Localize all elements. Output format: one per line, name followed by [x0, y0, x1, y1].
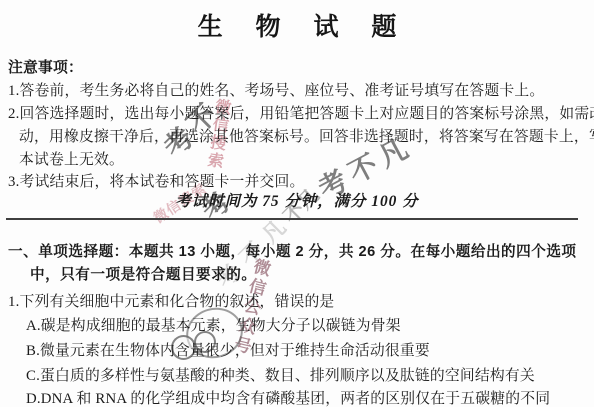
- notice-item-2-line-3: 本试卷上无效。: [19, 151, 124, 169]
- page-title: 生 物 试 题: [0, 7, 594, 43]
- question-1-option-b: B.微量元素在生物体内含量很少，但对于维持生命活动很重要: [26, 342, 430, 360]
- notice-item-1: 1.答卷前，考生务必将自己的姓名、考场号、座位号、准考证号填写在答题卡上。: [8, 82, 544, 100]
- exam-duration-line: 考试时间为 75 分钟，满分 100 分: [0, 189, 594, 211]
- notice-header: 注意事项：: [8, 59, 83, 77]
- question-1-option-d: D.DNA 和 RNA 的化学组成中均含有磷酸基团，两者的区别仅在于五碳糖的不同: [26, 390, 550, 407]
- question-1-stem: 1.下列有关细胞中元素和化合物的叙述，错误的是: [8, 293, 334, 311]
- notice-item-2-line-1: 2.回答选择题时，选出每小题答案后，用铅笔把答题卡上对应题目的答案标号涂黑，如需…: [8, 105, 594, 123]
- exam-paper-page: 考不 考不凡 考 不凡 考不凡 微信搜索 微信搜索 微信公众号 生 物 试 题 …: [0, 0, 594, 407]
- notice-item-2-line-2: 动，用橡皮擦干净后，再选涂其他答案标号。回答非选择题时，将答案写在答题卡上，写在: [19, 128, 594, 146]
- section-header-line-1: 一、单项选择题：本题共 13 小题，每小题 2 分，共 26 分。在每小题给出的…: [8, 243, 577, 261]
- question-1-option-c: C.蛋白质的多样性与氨基酸的种类、数目、排列顺序以及肽链的空间结构有关: [26, 367, 535, 385]
- section-divider-rule: [6, 218, 578, 220]
- question-1-option-a: A.碳是构成细胞的最基本元素，生物大分子以碳链为骨架: [26, 317, 401, 335]
- section-header-line-2: 中，只有一项是符合题目要求的。: [30, 266, 256, 284]
